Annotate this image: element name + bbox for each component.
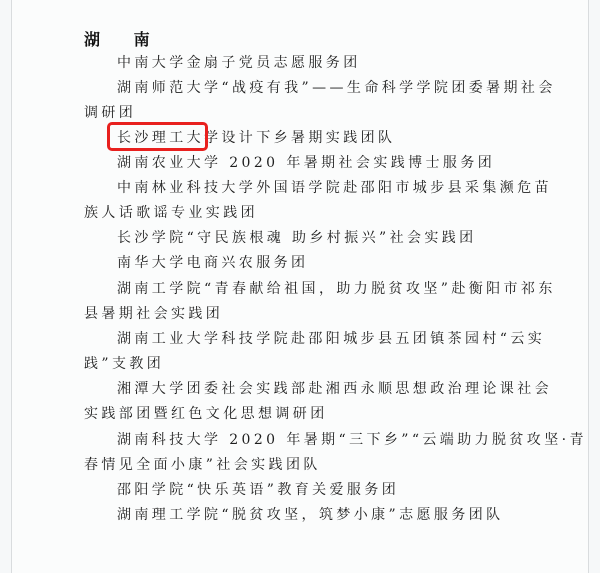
entry-1-line-1: 中南大学金扇子党员志愿服务团: [117, 54, 361, 72]
entry-11-line-1: 湖南科技大学 2020 年暑期“三下乡”“云端助力脱贫攻坚·青: [117, 431, 587, 449]
entry-5-line-2: 族人话歌谣专业实践团: [84, 204, 258, 222]
entry-8-line-1: 湖南工学院“青春献给祖国，助力脱贫攻坚”赴衡阳市祁东: [117, 280, 556, 298]
entry-4-line-1: 湖南农业大学 2020 年暑期社会实践博士服务团: [117, 154, 495, 172]
entry-9-line-1: 湖南工业大学科技学院赴邵阳城步县五团镇茶园村“云实: [117, 330, 545, 348]
entry-12-line-1: 邵阳学院“快乐英语”教育关爱服务团: [117, 481, 399, 499]
entry-10-line-2: 实践部团暨红色文化思想调研团: [84, 405, 328, 423]
entry-13-line-1: 湖南理工学院“脱贫攻坚，筑梦小康”志愿服务团队: [117, 506, 504, 524]
red-highlight-box: [107, 122, 208, 151]
section-heading: 湖 南: [84, 27, 164, 50]
entry-11-line-2: 春情见全面小康”社会实践团队: [84, 456, 321, 474]
entry-7-line-1: 南华大学电商兴农服务团: [117, 254, 308, 272]
entry-5-line-1: 中南林业科技大学外国语学院赴邵阳市城步县采集濒危苗: [117, 179, 552, 197]
entry-10-line-1: 湘潭大学团委社会实践部赴湘西永顺思想政治理论课社会: [117, 380, 552, 398]
entry-6-line-1: 长沙学院“守民族根魂 助乡村振兴”社会实践团: [117, 229, 477, 247]
entry-2-line-1: 湖南师范大学“战疫有我”——生命科学学院团委暑期社会: [117, 79, 556, 97]
entry-9-line-2: 践”支教团: [84, 355, 164, 373]
document-content: 湖 南 中南大学金扇子党员志愿服务团 湖南师范大学“战疫有我”——生命科学学院团…: [0, 0, 600, 573]
entry-8-line-2: 县暑期社会实践团: [84, 305, 223, 323]
entry-2-line-2: 调研团: [84, 104, 136, 122]
